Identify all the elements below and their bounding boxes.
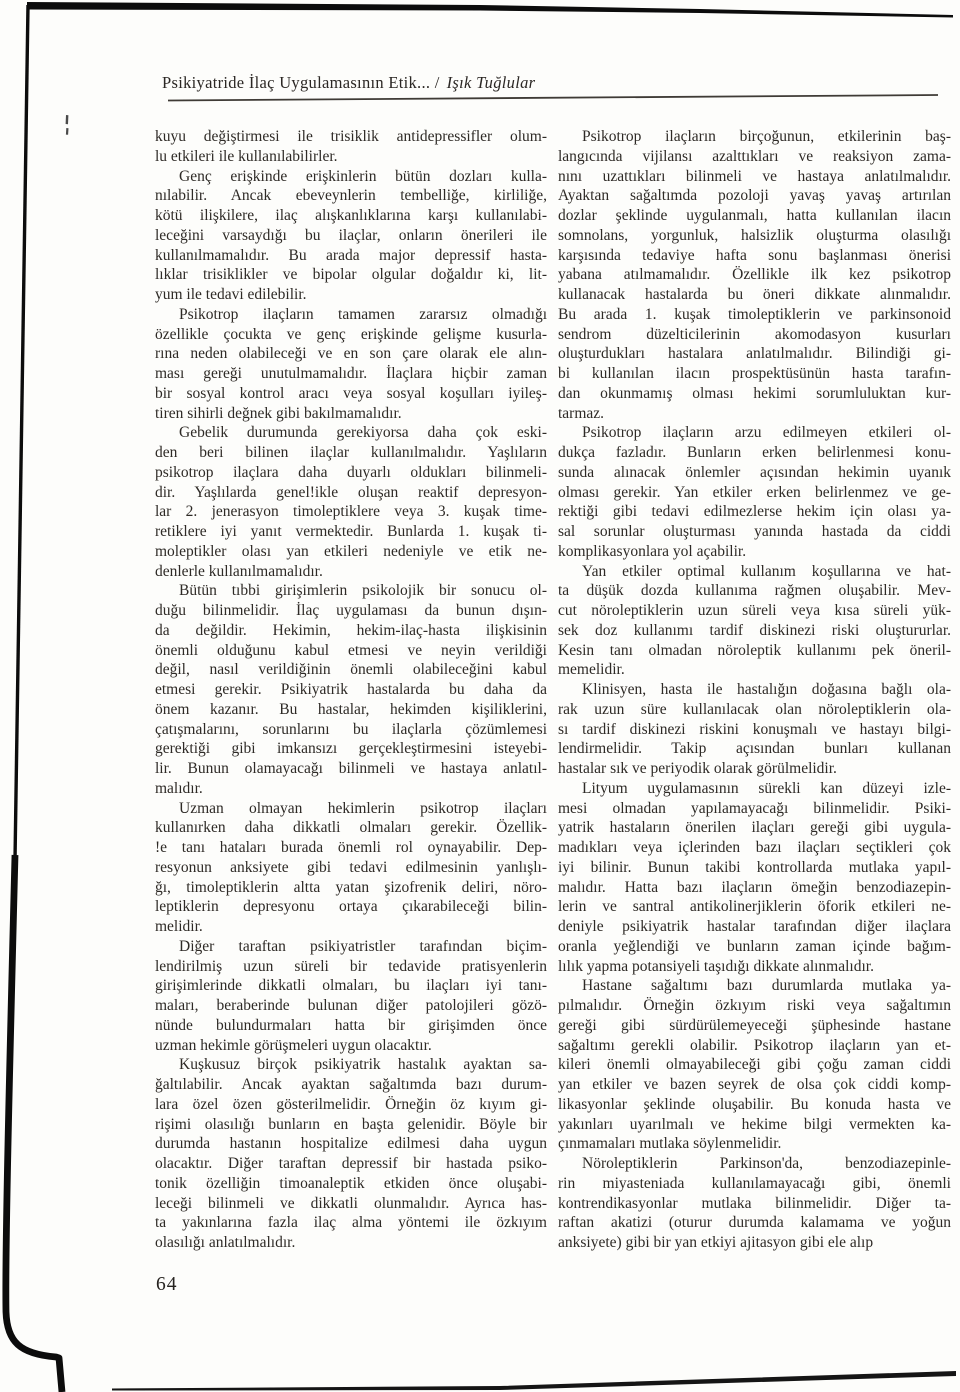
text-line: ğaltılabilir. Ancak ayaktan sağaltımda b… (155, 1075, 547, 1095)
text-line: durumda hastanın hospitalize edilmesi da… (155, 1134, 547, 1154)
text-line: olacaktır. Diğer taraftan depressif bir … (155, 1154, 547, 1174)
text-line: karşısında tedaviye hafta sonu başlanmas… (558, 246, 951, 266)
text-line: oluşturdukları hastalara anlatılmalıdır.… (558, 344, 951, 364)
text-line: kileri önemli olmayabileceği gibi çoğu z… (558, 1055, 951, 1075)
text-line: Gebelik durumunda gerekiyorsa daha çok e… (155, 423, 547, 443)
scan-artifact-left-edge (15, 5, 28, 860)
paragraph: Psikotrop ilaçların arzu edilmeyen etkil… (558, 423, 951, 561)
paragraph: Kuşkusuz birçok psikiyatrik hastalık aya… (155, 1055, 547, 1253)
text-line: iyi bilinir. Bunun takibi kontrollarda m… (558, 858, 951, 878)
text-line: madıkları veya içlerinden bazı ilaçları … (558, 838, 951, 858)
text-line: dir. Yaşlılarda genel!ikle oluşan reakti… (155, 483, 547, 503)
text-line: ması gereği unutulmamalıdır. İlaçlara hi… (155, 364, 547, 384)
text-line: Genç erişkinde erişkinlerin bütün dozlar… (155, 167, 547, 187)
text-line: Nöroleptiklerin Parkinson'da, benzodiaze… (558, 1154, 951, 1174)
text-line: uzman hekimle görüşmeleri uygun olacaktı… (155, 1036, 547, 1056)
text-line: olasılığı anlatılmalıdır. (155, 1233, 547, 1253)
text-line: maları, beraberinde bulunan diğer patolo… (155, 996, 547, 1016)
text-line: leceğini varsaydığı bu ilaçlar, onların … (155, 226, 547, 246)
text-line: denlerle kullanılmamalıdır. (155, 562, 547, 582)
text-line: memelidir. (558, 660, 951, 680)
text-line: sağaltımı gerekli olabilir. Psikotrop il… (558, 1036, 951, 1056)
text-line: lar 2. jenerasyon timoleptiklere veya 3.… (155, 502, 547, 522)
paragraph: Genç erişkinde erişkinlerin bütün dozlar… (155, 167, 547, 305)
text-line: rişimi olasılığı bunların en başta gelen… (155, 1115, 547, 1135)
paragraph: Diğer taraftan psikiyatristler tarafında… (155, 937, 547, 1056)
text-line: lıklar trisiklikler ve bipolar olgular d… (155, 265, 547, 285)
text-line: sek doz kullanımı tardif diskinezi riski… (558, 621, 951, 641)
text-line: kullanırken daha dikkatli olmaları gerek… (155, 818, 547, 838)
text-line: anksiyete) gibi bir yan etkiyi ajitasyon… (558, 1233, 951, 1253)
text-line: Bütün tıbbi girişimlerin psikolojik bir … (155, 581, 547, 601)
left-column: kuyu değiştirmesi ile trisiklik antidepr… (155, 127, 547, 1253)
text-line: dukça fazladır. Bunların erken belirlenm… (558, 443, 951, 463)
page: Psikiyatride İlaç Uygulamasının Etik... … (0, 0, 960, 1392)
text-line: langıcında vijilansı azalttıkları ve rea… (558, 147, 951, 167)
text-line: özellikle çocukta ve genç erişkinde geli… (155, 325, 547, 345)
text-line: lerin ve santral antikolinerjiklerin öfo… (558, 897, 951, 917)
right-column: Psikotrop ilaçların birçoğunun, etkileri… (558, 127, 951, 1253)
text-line: moleptikler olası yan etkileri nedeniyle… (155, 542, 547, 562)
text-line: lendirilmiş uzun süreli bir tedavide pra… (155, 957, 547, 977)
text-line: deniyle psikiyatrik hastalar tarafından … (558, 917, 951, 937)
text-line: gerektiği gibi imkansızı gerçekleştirmes… (155, 739, 547, 759)
scan-artifact-bottom-edge (112, 1371, 956, 1391)
text-line: Lityum uygulamasının sürekli kan düzeyi … (558, 779, 951, 799)
text-line: nını uzattıkları bilinmeli ve hastaya an… (558, 167, 951, 187)
text-line: rektiği gibi tedavi edilmezlerse hekim i… (558, 502, 951, 522)
text-line: malıdır. Hatta bazı ilaçların ömeğin ben… (558, 878, 951, 898)
text-line: oranla yeğlendiği ve bunların zaman için… (558, 937, 951, 957)
scan-artifact-top-edge (27, 2, 953, 18)
paragraph: Yan etkiler optimal kullanım koşullarına… (558, 562, 951, 681)
header-author: Işık Tuğlular (447, 73, 536, 92)
paragraph: Lityum uygulamasının sürekli kan düzeyi … (558, 779, 951, 977)
running-header: Psikiyatride İlaç Uygulamasının Etik... … (162, 73, 942, 93)
paragraph: Psikotrop ilaçların tamamen zararsız olm… (155, 305, 547, 424)
text-line: bir sosyal kontrol aracı veya sosyal koş… (155, 384, 547, 404)
text-line: lılık yapma potansiyeli taşıdığı dikkate… (558, 957, 951, 977)
text-line: resyonun anksiyete gibi tedavi edilmesin… (155, 858, 547, 878)
text-line: Ayaktan sağaltımda pozoloji yavaş yavaş … (558, 186, 951, 206)
text-line: Psikotrop ilaçların birçoğunun, etkileri… (558, 127, 951, 147)
text-line: cut nöroleptiklerin uzun süreli veya kıs… (558, 601, 951, 621)
text-line: leceği bilinmeli ve dikkatli olunmalıdır… (155, 1194, 547, 1214)
paragraph: Psikotrop ilaçların birçoğunun, etkileri… (558, 127, 951, 423)
text-line: psikotrop ilaçlara daha duyarlı olduklar… (155, 463, 547, 483)
text-line: nılabilir. Ancak ebeveynlerin tembelliğe… (155, 186, 547, 206)
text-line: yatrik hastaların önerilen ilaçları gere… (558, 818, 951, 838)
text-line: Kesin tanı olmadan nöroleptik kullanımı … (558, 641, 951, 661)
page-number: 64 (156, 1274, 178, 1296)
paragraph: Hastane sağaltımı bazı durumlarda mutlak… (558, 976, 951, 1154)
text-line: melidir. (155, 917, 547, 937)
scan-artifact-ink-mark (66, 115, 69, 135)
text-line: malıdır. (155, 779, 547, 799)
text-line: rak uzun süre kullanılacak olan nörolept… (558, 700, 951, 720)
text-line: bi kullanılan ilacın prospektüsünün hast… (558, 364, 951, 384)
text-line: kullanılmamalıdır. Bu arada major depres… (155, 246, 547, 266)
paragraph: Uzman olmayan hekimlerin psikotrop ilaçl… (155, 799, 547, 937)
text-line: retiklere iyi yanıt vermektedir. Bunlard… (155, 522, 547, 542)
text-line: tonik özelliğin timoanaleptik etkiden ön… (155, 1174, 547, 1194)
paragraph: Bütün tıbbi girişimlerin psikolojik bir … (155, 581, 547, 798)
text-line: yakınları uyarılmalı ve hekime bilgi ver… (558, 1115, 951, 1135)
text-line: dozlar şeklinde uygulanmalı, hatta kulla… (558, 206, 951, 226)
paragraph: Gebelik durumunda gerekiyorsa daha çok e… (155, 423, 547, 581)
text-line: Yan etkiler optimal kullanım koşullarına… (558, 562, 951, 582)
text-line: raftan akatizi (oturur durumda kalamama … (558, 1213, 951, 1233)
text-line: da değildir. Hekimin, hekim-ilaç-hasta i… (155, 621, 547, 641)
text-line: leptiklerin depresyonu ortaya çıkarabile… (155, 897, 547, 917)
text-line: tarmaz. (558, 404, 951, 424)
text-line: kullanacak hastalarda bu öneri dikkate a… (558, 285, 951, 305)
text-line: lara özel özen gösterilmelidir. Örneğin … (155, 1095, 547, 1115)
text-line: sendrom düzelticilerinin akomodasyon kus… (558, 325, 951, 345)
text-line: gereği gibi sürdürülemeyeceği şüphesinde… (558, 1016, 951, 1036)
text-line: !e tanı hataları burada önemli rol oynay… (155, 838, 547, 858)
text-line: likasyonlar şeklinde oluşabilir. Bu konu… (558, 1095, 951, 1115)
text-line: rına neden olabileceği ve en son çare ol… (155, 344, 547, 364)
text-line: yum ile tedavi edilebilir. (155, 285, 547, 305)
text-line: sunda alınacak önlemler açısından hekimi… (558, 463, 951, 483)
text-line: kötü ilişkilere, ilaç alışkanlıklarına k… (155, 206, 547, 226)
text-line: Klinisyen, hasta ile hastalığın doğasına… (558, 680, 951, 700)
text-line: yabana atılmamalıdır. Özellikle ilk kez … (558, 265, 951, 285)
text-line: girişimlerinde dikkatli olmaları, bu ila… (155, 976, 547, 996)
text-line: Uzman olmayan hekimlerin psikotrop ilaçl… (155, 799, 547, 819)
text-line: Psikotrop ilaçların tamamen zararsız olm… (155, 305, 547, 325)
text-line: önem kazanır. Bu hastalar, hekimden kişi… (155, 700, 547, 720)
text-line: sı tardif diskinezi riskini konuşmalı ve… (558, 720, 951, 740)
text-line: kuyu değiştirmesi ile trisiklik antidepr… (155, 127, 547, 147)
paragraph: Klinisyen, hasta ile hastalığın doğasına… (558, 680, 951, 779)
header-title: Psikiyatride İlaç Uygulamasının Etik... … (162, 73, 440, 92)
text-line: komplikasyonlara yol açabilir. (558, 542, 951, 562)
text-line: Hastane sağaltımı bazı durumlarda mutlak… (558, 976, 951, 996)
scan-artifact-bottom-corner (6, 855, 62, 1392)
text-line: den beri bilinen ilaçlar kullanılmalıdır… (155, 443, 547, 463)
text-line: sal sorunlar oluşturması yanında hastada… (558, 522, 951, 542)
text-line: değil, nasıl verildiğinin önemli olabile… (155, 660, 547, 680)
text-line: ta yakınlarına fazla ilaç alma yöntemi i… (155, 1213, 547, 1233)
text-line: çatışmalarını, sorunlarını bu ilaçlarla … (155, 720, 547, 740)
text-line: çınmamaları mutlaka söylenmelidir. (558, 1134, 951, 1154)
text-line: lir. Bunun olamayacağı bilinmeli ve hast… (155, 759, 547, 779)
text-line: mesi olmadan yapılamayacağı bilinmelidir… (558, 799, 951, 819)
text-line: ğı, timoleptiklerin altta yatan şizofren… (155, 878, 547, 898)
paragraph: kuyu değiştirmesi ile trisiklik antidepr… (155, 127, 547, 167)
text-line: Kuşkusuz birçok psikiyatrik hastalık aya… (155, 1055, 547, 1075)
text-line: somnolans, yorgunluk, halsizlik oluşturm… (558, 226, 951, 246)
text-line: etmesi gerekir. Psikiyatrik hastalarda b… (155, 680, 547, 700)
text-line: dan okunmamış olması hekimi sorumlulukta… (558, 384, 951, 404)
text-line: duğu bilinmelidir. İlaç uygulaması da bu… (155, 601, 547, 621)
text-line: rin miyasteniada kullanılamayacağı gibi,… (558, 1174, 951, 1194)
text-line: kontrendikasyonlar mutlaka bilinmelidir.… (558, 1194, 951, 1214)
text-line: pılmalıdır. Örneğin özkıyım riski veya s… (558, 996, 951, 1016)
text-line: Psikotrop ilaçların arzu edilmeyen etkil… (558, 423, 951, 443)
text-line: lu etkileri ile kullanılabilirler. (155, 147, 547, 167)
text-line: Diğer taraftan psikiyatristler tarafında… (155, 937, 547, 957)
text-line: tiren sihirli değnek gibi bakılmamalıdır… (155, 404, 547, 424)
text-line: önemli olduğunu kabul etmesi ve neyin ve… (155, 641, 547, 661)
text-line: yan etkiler ve bazen seyrek de olsa çok … (558, 1075, 951, 1095)
text-line: hastalar sık ve periyodik olarak görülme… (558, 759, 951, 779)
paragraph: Nöroleptiklerin Parkinson'da, benzodiaze… (558, 1154, 951, 1253)
text-line: ta düşük dozda kullanıma rağmen oluşabil… (558, 581, 951, 601)
text-line: nünde bulundurmaları hatta bir girişimde… (155, 1016, 547, 1036)
text-line: olması gerekir. Yan etkiler erken belirl… (558, 483, 951, 503)
text-line: lendirmelidir. Takip açısından bunları k… (558, 739, 951, 759)
header-rule (168, 95, 938, 101)
text-line: Bu arada 1. kuşak timoleptiklerin ve par… (558, 305, 951, 325)
